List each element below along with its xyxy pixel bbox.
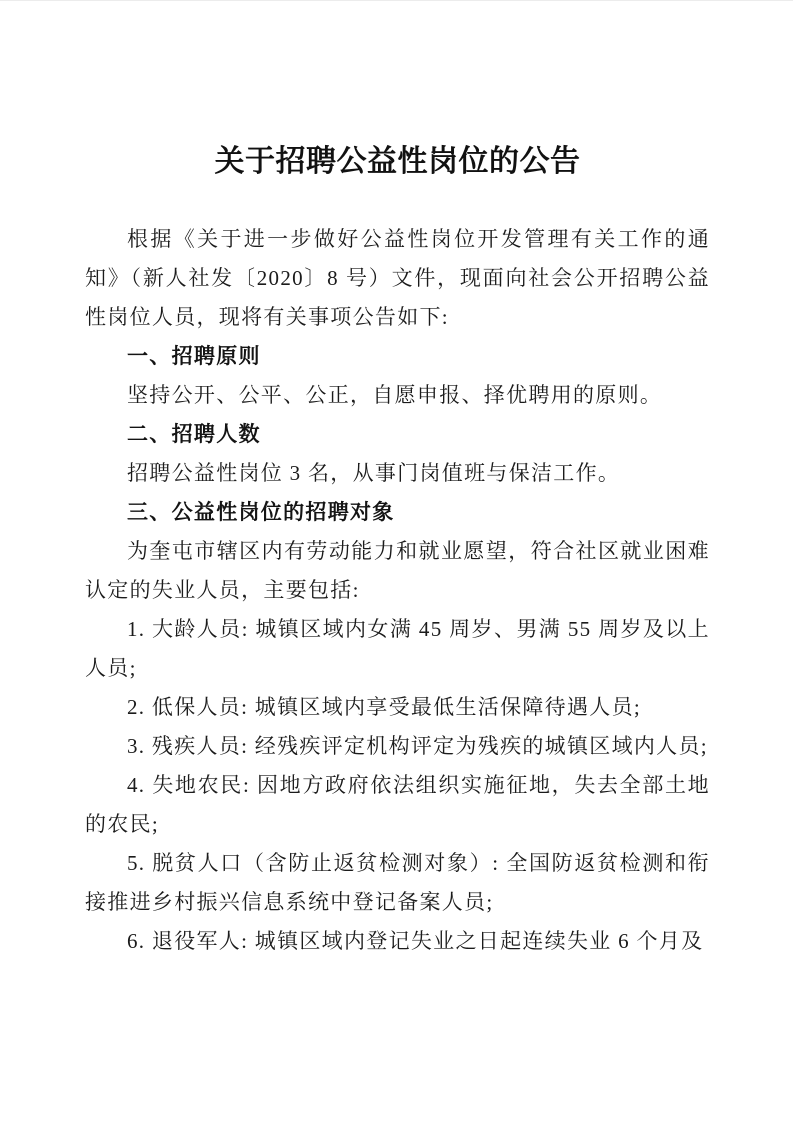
body-paragraph: 为奎屯市辖区内有劳动能力和就业愿望，符合社区就业困难认定的失业人员，主要包括: (85, 532, 710, 610)
list-item-paragraph: 6. 退役军人: 城镇区域内登记失业之日起连续失业 6 个月及 (85, 922, 710, 961)
body-paragraph: 招聘公益性岗位 3 名，从事门岗值班与保洁工作。 (85, 454, 710, 493)
list-item-paragraph: 3. 残疾人员: 经残疾评定机构评定为残疾的城镇区域内人员; (85, 727, 710, 766)
list-item-paragraph: 4. 失地农民: 因地方政府依法组织实施征地，失去全部土地的农民; (85, 766, 710, 844)
document-page: 关于招聘公益性岗位的公告 根据《关于进一步做好公益性岗位开发管理有关工作的通知》… (0, 0, 793, 1122)
section-heading: 二、招聘人数 (85, 415, 710, 454)
document-title: 关于招聘公益性岗位的公告 (85, 141, 710, 183)
list-item-paragraph: 5. 脱贫人口（含防止返贫检测对象）: 全国防返贫检测和衔接推进乡村振兴信息系统… (85, 844, 710, 922)
body-paragraph: 坚持公开、公平、公正，自愿申报、择优聘用的原则。 (85, 376, 710, 415)
body-paragraph: 根据《关于进一步做好公益性岗位开发管理有关工作的通知》（新人社发〔2020〕8 … (85, 220, 710, 337)
section-heading: 一、招聘原则 (85, 337, 710, 376)
list-item-paragraph: 2. 低保人员: 城镇区域内享受最低生活保障待遇人员; (85, 688, 710, 727)
list-item-paragraph: 1. 大龄人员: 城镇区域内女满 45 周岁、男满 55 周岁及以上人员; (85, 610, 710, 688)
section-heading: 三、公益性岗位的招聘对象 (85, 493, 710, 532)
document-body: 根据《关于进一步做好公益性岗位开发管理有关工作的通知》（新人社发〔2020〕8 … (85, 220, 710, 961)
